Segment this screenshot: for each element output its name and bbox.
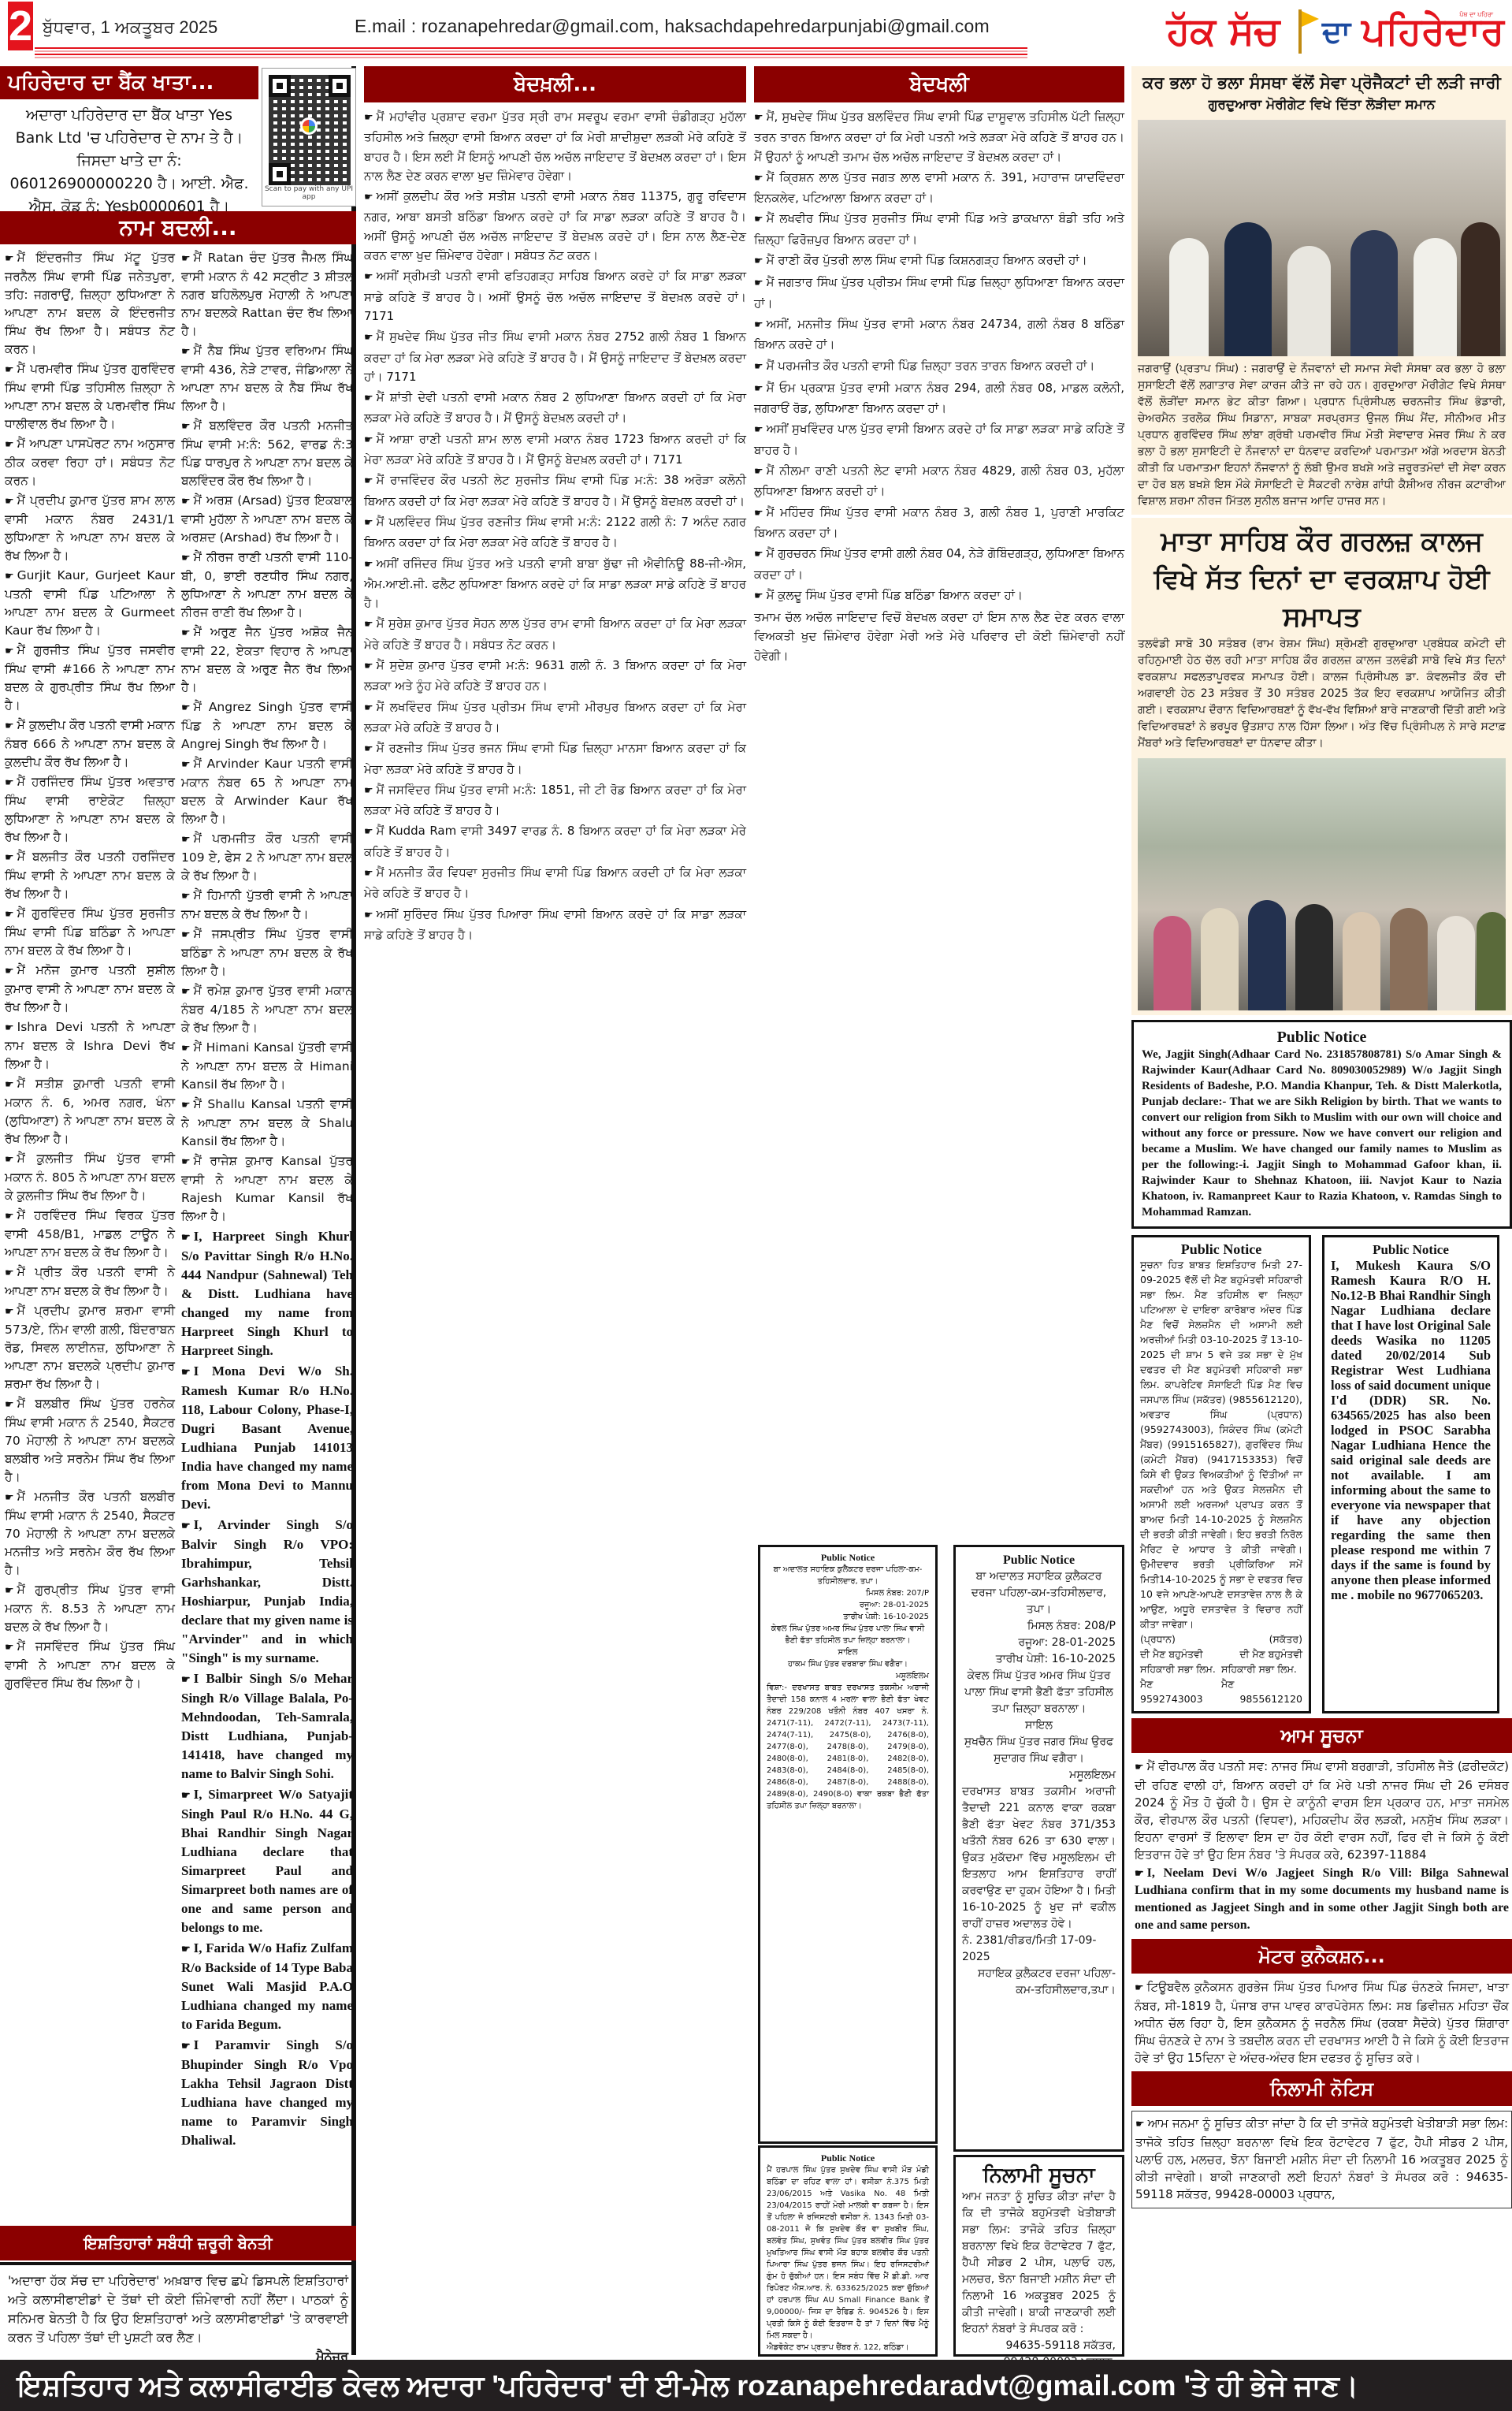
list-item: I, Arvinder Singh S/o Balvir Singh R/o V… [181,1516,353,1668]
public-notice-salesman: Public Notice ਸੂਚਨਾ ਹਿਤ ਬਾਬਤ ਇਸ਼ਤਿਹਾਰ ਮਿ… [1131,1235,1311,1713]
list-item: ਮੈਂ ਕੁਲਜੀਤ ਸਿੰਘ ਪੁੱਤਰ ਵਾਸੀ ਮਕਾਨ ਨੰ. 805 … [5,1150,175,1205]
news-story-kar-bhala: ਕਰ ਭਲਾ ਹੋ ਭਲਾ ਸੰਸਥਾ ਵੱਲੋਂ ਸੇਵਾ ਪ੍ਰੋਜੈਕਟਾ… [1131,66,1512,515]
notice-body: I, Mukesh Kaura S/O Ramesh Kaura R/O H. … [1331,1258,1491,1602]
page-number: 2 [8,2,33,50]
list-item: ਮੈਂ ਆਸ਼ਾ ਰਾਣੀ ਪਤਨੀ ਸ਼ਾਮ ਲਾਲ ਵਾਸੀ ਮਕਾਨ ਨੰ… [364,430,746,470]
respondent-label: ਮਸੂਲਇਲਮ [962,1767,1116,1784]
photo-person [1287,246,1331,356]
list-item: ਮੈਂ ਜਸਵਿੰਦਰ ਸਿੰਘ ਪੁੱਤਰ ਸਿੰਘ ਵਾਸੀ ਨੇ ਆਪਣਾ… [5,1638,175,1693]
photo-person [1437,916,1475,1010]
list-item: ਮੈਂ ਆਪਣਾ ਪਾਸਪੋਰਟ ਨਾਮ ਅਨੁਸਾਰ ਠੀਕ ਕਰਵਾ ਰਿਹ… [5,435,175,490]
list-item: ਮੈਂ Shallu Kansal ਪਤਨੀ ਵਾਸੀ ਨੇ ਆਪਣਾ ਨਾਮ … [181,1096,353,1151]
notice-title: Public Notice [767,1552,929,1564]
list-item: ਆਮ ਜਨਮਾ ਨੂੰ ਸੂਚਿਤ ਕੀਤਾ ਜਾਂਦਾ ਹੈ ਕਿ ਦੀ ਤਾ… [1135,2115,1508,2203]
masthead: 2 ਬੁੱਧਵਾਰ, 1 ਅਕਤੂਬਰ 2025 E.mail : rozana… [0,0,1512,61]
list-item: I, Simarpreet W/o Satyajit Singh Paul R/… [181,1785,353,1937]
list-item: ਮੈਂ ਰਾਣੀ ਕੌਰ ਪੁੱਤਰੀ ਲਾਲ ਸਿੰਘ ਵਾਸੀ ਪਿੰਡ ਕ… [754,251,1124,271]
qr-caption: Scan to pay with any UPI app [262,185,355,201]
list-item: ਮੈਂ ਕੁਲਦੀਪ ਕੌਰ ਪਤਨੀ ਵਾਸੀ ਮਕਾਨ ਨੰਬਰ 666 ਨ… [5,716,175,772]
notice-title: Public Notice [962,1552,1116,1568]
bank-account-heading: ਪਹਿਰੇਦਾਰ ਦਾ ਬੈਂਕ ਖਾਤਾ... [0,66,258,99]
newspaper-logo: ਹੱਕ ਸੱਚ ਦਾ ਪਹਿਰੇਦਾਰ ਪੰਥ ਦਾ ਪਹਿਰਾ [1079,3,1504,60]
list-item: I, Neelam Devi W/o Jagjeet Singh R/o Vil… [1135,1865,1509,1934]
list-item: ਅਸੀਂ ਸ੍ਰੀਮਤੀ ਪਤਨੀ ਵਾਸੀ ਫਤਿਹਗੜ੍ਹ ਸਾਹਿਬ ਬਿ… [364,266,746,326]
story-photo-group [1138,758,1506,1010]
photo-person [1461,222,1500,356]
list-item: ਮੈਂ Kudda Ram ਵਾਸੀ 3497 ਵਾਰਡ ਨੰ. 8 ਬਿਆਨ … [364,821,746,861]
list-item: ਮੈਂ Angrez Singh ਪੁੱਤਰ ਵਾਸੀ ਪਿੰਡ ਨੇ ਆਪਣਾ… [181,698,353,753]
list-item: ਮੈਂ ਜਸਪ੍ਰੀਤ ਸਿੰਘ ਪੁੱਤਰ ਵਾਸੀ ਬਠਿੰਡਾ ਨੇ ਆਪ… [181,925,353,980]
public-notice-conversion: Public Notice We, Jagjit Singh(Adhaar Ca… [1131,1020,1512,1229]
notice-body: ਦਰਖਾਸਤ ਬਾਬਤ ਤਕਸੀਮ ਅਰਾਜੀ ਤੈਦਾਦੀ 221 ਕਨਾਲ … [962,1784,1116,1933]
hearing-date: ਤਾਰੀਖ ਪੇਸ਼ੀ: 16-10-2025 [767,1611,929,1623]
list-item: ਮੈਂ ਗੁਰਜੀਤ ਸਿੰਘ ਪੁੱਤਰ ਜਸਵੀਰ ਸਿੰਘ ਵਾਸੀ #1… [5,642,175,715]
list-item: ਮੈਂ ਹਿਮਾਨੀ ਪੁੱਤਰੀ ਵਾਸੀ ਨੇ ਆਪਣਾ ਨਾਮ ਬਦਲ ਕ… [181,887,353,924]
list-item: ਮੈਂ ਮਨਜੀਤ ਕੌਰ ਵਿਧਵਾ ਸੁਰਜੀਤ ਸਿੰਘ ਵਾਸੀ ਪਿੰ… [364,863,746,903]
court-notice-207: Public Notice ਬਾ ਅਦਾਲਤ ਸਹਾਇਕ ਕੁਲੈਕਟਰ ਦਰਜ… [758,1545,938,2144]
column-disownment-2: ਬੇਦਖਲੀ ਮੈਂ, ਸੁਖਦੇਵ ਸਿੰਘ ਪੁੱਤਰ ਬਲਵਿੰਦਰ ਸਿ… [754,66,1124,665]
list-item: ਮੈਂ ਜਗਤਾਰ ਸਿੰਘ ਪੁੱਤਰ ਪ੍ਰੀਤਮ ਸਿੰਘ ਵਾਸੀ ਪਿ… [754,273,1124,313]
motor-connection-notice: ਟਿਊਬਵੈਲ ਕੁਨੈਕਸਨ ਗੁਰਭੇਜ ਸਿੰਘ ਪੁੱਤਰ ਪਿਆਰ ਸ… [1131,1978,1512,2067]
list-item: ਮੈਂ ਬਲਜੀਤ ਕੌਰ ਪਤਨੀ ਹਰਜਿੰਦਰ ਸਿੰਘ ਵਾਸੀ ਨੇ … [5,848,175,903]
bank-account-details: ਅਦਾਰਾ ਪਹਿਰੇਦਾਰ ਦਾ ਬੈਂਕ ਖਾਤਾ Yes Bank Ltd… [0,99,258,223]
story-subheadline: ਗੁਰਦੁਆਰਾ ਮੋਰੀਗੇਟ ਵਿਖੇ ਦਿੱਤਾ ਲੋੜੀਦਾ ਸਮਾਨ [1138,95,1506,115]
list-item: ਅਸੀਂ ਕੁਲਦੀਪ ਕੌਰ ਅਤੇ ਸਤੀਸ਼ ਪਤਨੀ ਵਾਸੀ ਮਕਾਨ… [364,187,746,265]
list-item: ਮੈਂ ਰਾਜੇਸ਼ ਕੁਮਾਰ Kansal ਪੁੱਤਰ ਵਾਸੀ ਨੇ ਆਪ… [181,1152,353,1226]
case-number: ਮਿਸਲ ਨੰਬਰ: 207/P [767,1587,929,1599]
list-item: ਮੈਂ ਸਤੀਸ਼ ਕੁਮਾਰੀ ਪਤਨੀ ਵਾਸੀ ਮਕਾਨ ਨੰ. 6, ਅ… [5,1075,175,1148]
column-bank-and-name-change: ਪਹਿਰੇਦਾਰ ਦਾ ਬੈਂਕ ਖਾਤਾ... ਅਦਾਰਾ ਪਹਿਰੇਦਾਰ … [0,66,356,2355]
sign-left-role: (ਪ੍ਰਧਾਨ) [1140,1632,1176,1646]
sign-org: ਦੀ ਮੈਣ ਬਹੁਮੰਤਵੀ [1239,1646,1302,1661]
notice-title: Public Notice [1140,1242,1302,1257]
court-name: ਬਾ ਅਦਾਲਤ ਸਹਾਇਕ ਕੁਲੈਕਟਰ ਦਰਜਾ ਪਹਿਲਾ-ਕਮ-ਤਹਿ… [962,1568,1116,1618]
sign-org: ਸਹਿਕਾਰੀ ਸਭਾ ਲਿਮ. ਮੈਣ [1140,1661,1221,1691]
story-body: ਜਗਰਾਉਂ (ਪ੍ਰਤਾਪ ਸਿੰਘ) : ਜਗਰਾਉਂ ਦੇ ਨੌਜਵਾਨਾ… [1138,361,1506,510]
list-item: ਮੈਂ ਸੁਦੇਸ਼ ਕੁਮਾਰ ਪੁੱਤਰ ਵਾਸੀ ਮ:ਨੰ: 9631 ਗ… [364,656,746,696]
notice-title: Public Notice [1142,1029,1502,1047]
list-item: ਮੈਂ ਗੁਰਪ੍ਰੀਤ ਸਿੰਘ ਪੁੱਤਰ ਵਾਸੀ ਮਕਾਨ ਨੰ. 8.… [5,1581,175,1636]
sign-left-phone: 9592743003 [1140,1691,1203,1706]
notice-pair: Public Notice ਸੂਚਨਾ ਹਿਤ ਬਾਬਤ ਇਸ਼ਤਿਹਾਰ ਮਿ… [1131,1235,1512,1713]
qr-finder-icon [329,75,351,97]
list-item: I Balbir Singh S/o Mehar Singh R/o Villa… [181,1669,353,1784]
list-item: ਅਸੀਂ ਸੁਖਵਿੰਦਰ ਪਾਲ ਪੁੱਤਰ ਵਾਸੀ ਬਿਆਨ ਕਰਦੇ ਹ… [754,419,1124,460]
sign-right-phone: 9855612120 [1239,1691,1302,1706]
photo-person [1154,916,1191,1010]
disownment-heading: ਬੇਦਖ਼ਲੀ... [364,66,746,102]
applicant-label: ਸਾਇਲ [767,1646,929,1658]
list-item: ਮੈਂ, ਸੁਖਦੇਵ ਸਿੰਘ ਪੁੱਤਰ ਬਲਵਿੰਦਰ ਸਿੰਘ ਵਾਸੀ… [754,107,1124,166]
issue-date: ਬੁੱਧਵਾਰ, 1 ਅਕਤੂਬਰ 2025 [43,17,217,38]
logo-word-da: ਦਾ [1322,14,1350,50]
list-item: ਮੈਂ ਕੁਲਦੂ ਸਿੰਘ ਪੁੱਤਰ ਵਾਸੀ ਪਿੰਡ ਬਠਿੰਡਾ ਬਿ… [754,586,1124,606]
list-item: ਮੈਂ ਜਸਵਿੰਦਰ ਸਿੰਘ ਪੁੱਤਰ ਵਾਸੀ ਮ:ਨੰ: 1851, … [364,780,746,820]
disownment-list: ਮੈਂ ਮਹਾਂਵੀਰ ਪ੍ਰਸ਼ਾਦ ਵਰਮਾ ਪੁੱਤਰ ਸ੍ਰੀ ਰਾਮ … [364,107,746,944]
list-item: ਅਸੀਂ, ਮਨਜੀਤ ਸਿੰਘ ਪੁੱਤਰ ਵਾਸੀ ਮਕਾਨ ਨੰਬਰ 24… [754,314,1124,355]
photo-person [1224,222,1272,356]
petitioner: ਕੇਵਲ ਸਿੰਘ ਪੁੱਤਰ ਅਮਰ ਸਿੰਘ ਪੁੱਤਰ ਪਾਲਾ ਸਿੰਘ… [767,1623,929,1646]
list-item: ਮੈਂ ਪਲਵਿੰਦਰ ਸਿੰਘ ਪੁੱਤਰ ਰਣਜੀਤ ਸਿੰਘ ਵਾਸੀ ਮ… [364,512,746,553]
list-item: ਮੈਂ ਪ੍ਰਦੀਪ ਕੁਮਾਰ ਪੁੱਤਰ ਸ਼ਾਮ ਲਾਲ ਵਾਸੀ ਮਕਾ… [5,492,175,565]
notice-body: We, Jagjit Singh(Adhaar Card No. 2318578… [1142,1047,1502,1220]
disownment-list-2: ਮੈਂ, ਸੁਖਦੇਵ ਸਿੰਘ ਪੁੱਤਰ ਬਲਵਿੰਦਰ ਸਿੰਘ ਵਾਸੀ… [754,107,1124,665]
list-item: ਮੈਂ ਮਨੋਜ ਕੁਮਾਰ ਪਤਨੀ ਸੁਸ਼ੀਲ ਕੁਮਾਰ ਵਾਸੀ ਨੇ… [5,962,175,1017]
filed-date: ਰਜੂਆ: 28-01-2025 [767,1599,929,1611]
list-item: ਮੈਂ ਹਰਵਿੰਦਰ ਸਿੰਘ ਵਿਰਕ ਪੁੱਤਰ ਵਾਸੀ 458/B1,… [5,1207,175,1262]
list-item: ਟਿਊਬਵੈਲ ਕੁਨੈਕਸਨ ਗੁਰਭੇਜ ਸਿੰਘ ਪੁੱਤਰ ਪਿਆਰ ਸ… [1135,1978,1509,2067]
list-item: ਮੈਂ ਸੁਖਦੇਵ ਸਿੰਘ ਪੁੱਤਰ ਜੀਤ ਸਿੰਘ ਵਾਸੀ ਮਕਾਨ… [364,327,746,386]
court-notice-208: Public Notice ਬਾ ਅਦਾਲਤ ਸਹਾਇਕ ਕੁਲੈਕਟਰ ਦਰਜ… [953,1545,1124,2152]
list-item: ਮੈਂ ਮਹਿੰਦਰ ਸਿੰਘ ਪੁੱਤਰ ਵਾਸੀ ਮਕਾਨ ਨੰਬਰ 3, … [754,503,1124,543]
motor-connection-heading: ਮੋਟਰ ਕੁਨੈਕਸ਼ਨ... [1131,1939,1512,1974]
photo-person [1343,912,1380,1010]
list-item: ਮੈਂ ਨੈਬ ਸਿੰਘ ਪੁੱਤਰ ਵਰਿਆਮ ਸਿੰਘ ਵਾਸੀ 436, … [181,342,353,415]
public-notice-harpal: Public Notice ਮੈਂ ਹਰਪਾਲ ਸਿੰਘ ਪੁੱਤਰ ਸੁਖਦੇ… [758,2145,938,2357]
list-item: ਮੈਂ ਰਣਜੀਤ ਸਿੰਘ ਪੁੱਤਰ ਭਜਨ ਸਿੰਘ ਵਾਸੀ ਪਿੰਡ … [364,739,746,779]
notice-subject: ਵਿਸ਼ਾ:- ਦਰਖਾਸਤ ਬਾਬਤ ਦਰਖਾਸਤ ਤਕਸੀਮ ਅਰਾਜੀ ਤ… [767,1682,929,1812]
column-disownment-1: ਬੇਦਖ਼ਲੀ... ਮੈਂ ਮਹਾਂਵੀਰ ਪ੍ਰਸ਼ਾਦ ਵਰਮਾ ਪੁੱਤ… [364,66,746,946]
upi-qr-code[interactable]: Scan to pay with any UPI app [262,68,356,206]
disownment-heading-2: ਬੇਦਖਲੀ [754,66,1124,102]
list-item: ਮੈਂ ਪਰਮਜੀਤ ਕੌਰ ਪਤਨੀ ਵਾਸੀ ਪਿੰਡ ਜ਼ਿਲ੍ਹਾ ਤਰ… [754,356,1124,377]
list-item: ਮੈਂ ਇੰਦਰਜੀਤ ਸਿੰਘ ਮੱਟੂ ਪੁੱਤਰ ਜਰਨੈਲ ਸਿੰਘ ਵ… [5,249,175,359]
disownment-closing: ਤਮਾਮ ਚੱਲ ਅਚੱਲ ਜਾਇਦਾਦ ਵਿਚੋਂ ਬੇਦਖਲ ਕਰਦਾ ਹਾ… [754,608,1124,665]
court-name: ਬਾ ਅਦਾਲਤ ਸਹਾਇਕ ਕੁਲੈਕਟਰ ਦਰਜਾ ਪਹਿਲਾ-ਕਮ-ਤਹਿ… [767,1564,929,1587]
auction-notice-body: ਆਮ ਜਨਮਾ ਨੂੰ ਸੂਚਿਤ ਕੀਤਾ ਜਾਂਦਾ ਹੈ ਕਿ ਦੀ ਤਾ… [1131,2111,1512,2208]
list-item: ਮੈਂ ਪਰਮਜੀਤ ਕੌਰ ਪਤਨੀ ਵਾਸੀ 109 ਏ, ਫੇਸ 2 ਨੇ… [181,830,353,885]
list-item: I, Farida W/o Hafiz Zulfam R/o Backside … [181,1939,353,2034]
list-item: ਮੈਂ Ratan ਚੰਦ ਪੁੱਤਰ ਜੈਮਲ ਸਿੰਘ ਵਾਸੀ ਮਕਾਨ … [181,249,353,340]
petitioner: ਕੇਵਲ ਸਿੰਘ ਪੁੱਤਰ ਅਮਰ ਸਿੰਘ ਪੁੱਤਰ ਪਾਲਾ ਸਿੰਘ… [962,1668,1116,1717]
sign-right-role: (ਸਕੱਤਰ) [1269,1632,1302,1646]
ad-request-body: 'ਅਦਾਰਾ ਹੱਕ ਸੱਚ ਦਾ ਪਹਿਰੇਦਾਰ' ਅਖ਼ਬਾਰ ਵਿਚ ਛ… [0,2262,356,2372]
list-item: ਮੈਂ ਮਨਜੀਤ ਕੌਰ ਪਤਨੀ ਬਲਬੀਰ ਸਿੰਘ ਵਾਸੀ ਮਕਾਨ … [5,1488,175,1579]
news-story-workshop: ਮਾਤਾ ਸਾਹਿਬ ਕੌਰ ਗਰਲਜ਼ ਕਾਲਜ ਵਿਖੇ ਸੱਤ ਦਿਨਾਂ… [1131,518,1512,1015]
list-item: ਅਸੀਂ ਰਜਿੰਦਰ ਸਿੰਘ ਪੁੱਤਰ ਅਤੇ ਪਤਨੀ ਵਾਸੀ ਬਾਬ… [364,554,746,613]
notice-signature: ਸਹਾਇਕ ਕੁਲੈਕਟਰ ਦਰਜਾ ਪਹਿਲਾ-ਕਮ-ਤਹਿਸੀਲਦਾਰ,ਤਪ… [962,1966,1116,1999]
name-change-list-left: ਮੈਂ ਇੰਦਰਜੀਤ ਸਿੰਘ ਮੱਟੂ ਪੁੱਤਰ ਜਰਨੈਲ ਸਿੰਘ ਵ… [5,249,175,1695]
list-item: ਮੈਂ ਵੀਰਪਾਲ ਕੌਰ ਪਤਨੀ ਸਵ: ਨਾਜਰ ਸਿੰਘ ਵਾਸੀ ਬ… [1135,1758,1509,1863]
list-item: ਮੈਂ ਸੁਰੇਸ਼ ਕੁਮਾਰ ਪੁੱਤਰ ਸੋਹਨ ਲਾਲ ਪੁੱਤਰ ਰਾ… [364,614,746,654]
photo-person [1390,908,1428,1010]
qr-finder-icon [269,163,291,185]
masthead-rules [35,47,1027,60]
name-change-list-right: ਮੈਂ Ratan ਚੰਦ ਪੁੱਤਰ ਜੈਮਲ ਸਿੰਘ ਵਾਸੀ ਮਕਾਨ … [181,249,353,2152]
list-item: I, Harpreet Singh Khurl S/o Pavittar Sin… [181,1227,353,1360]
auction-info-box: ਨਿਲਾਮੀ ਸੂਚਨਾ ਆਮ ਜਨਤਾ ਨੂੰ ਸੂਚਿਤ ਕੀਤਾ ਜਾਂਦ… [953,2155,1124,2357]
list-item: ਮੈਂ ਕ੍ਰਿਸ਼ਨ ਲਾਲ ਪੁੱਤਰ ਜਗਤ ਲਾਲ ਵਾਸੀ ਮਕਾਨ … [754,168,1124,208]
respondent-label: ਮਸੂਲਇਲਮ [767,1670,929,1682]
auction-box-body: ਆਮ ਜਨਤਾ ਨੂੰ ਸੂਚਿਤ ਕੀਤਾ ਜਾਂਦਾ ਹੈ ਕਿ ਦੀ ਤਾ… [962,2189,1116,2338]
public-notice-mukesh: Public Notice I, Mukesh Kaura S/O Ramesh… [1322,1235,1499,1713]
list-item: ਮੈਂ Arvinder Kaur ਪਤਨੀ ਵਾਸੀ ਮਕਾਨ ਨੰਬਰ 65… [181,755,353,828]
photo-person [1295,904,1333,1010]
auction-contact-secretary: 94635-59118 ਸਕੱਤਰ, [962,2338,1116,2354]
story-body: ਤਲਵੰਡੀ ਸਾਬੋ 30 ਸਤੰਬਰ (ਰਾਮ ਰੇਸ਼ਮ ਸਿੰਘ) ਸ਼… [1138,636,1506,752]
gpay-logo-icon [300,117,318,135]
list-item: I Paramvir Singh S/o Bhupinder Singh R/o… [181,2036,353,2150]
footer-ad-email-banner: ਇਸ਼ਤਿਹਾਰ ਅਤੇ ਕਲਾਸੀਫਾਈਡ ਕੇਵਲ ਅਦਾਰਾ 'ਪਹਿਰੇ… [0,2360,1512,2411]
list-item: ਮੈਂ ਪਰਮਵੀਰ ਸਿੰਘ ਪੁੱਤਰ ਗੁਰਵਿੰਦਰ ਸਿੰਘ ਵਾਸੀ… [5,360,175,433]
photo-person [1201,908,1239,1010]
list-item: ਮੈਂ ਓਮ ਪ੍ਰਕਾਸ਼ ਪੁੱਤਰ ਵਾਸੀ ਮਕਾਨ ਨੰਬਰ 294,… [754,378,1124,419]
auction-box-title: ਨਿਲਾਮੀ ਸੂਚਨਾ [962,2162,1116,2189]
english-name-change-list: I, Harpreet Singh Khurl S/o Pavittar Sin… [181,1227,353,2150]
list-item: ਮੈਂ ਅਰਸ਼ (Arsad) ਪੁੱਤਰ ਇਕਬਾਲ ਵਾਸੀ ਮੁਹੱਲਾ… [181,492,353,547]
logo-word-haksach: ਹੱਕ ਸੱਚ [1167,13,1280,50]
notice-body: ਮੈਂ ਹਰਪਾਲ ਸਿੰਘ ਪੁੱਤਰ ਸੁਖਦੇਵ ਸਿੰਘ ਵਾਸੀ ਮੌ… [767,2164,929,2342]
respondent: ਹਾਕਮ ਸਿੰਘ ਪੁੱਤਰ ਦਰਬਾਰਾ ਸਿੰਘ ਵਗੈਰਾ। [767,1658,929,1670]
qr-finder-icon [269,75,291,97]
sign-org: ਦੀ ਮੈਣ ਬਹੁਮੰਤਵੀ [1140,1646,1203,1661]
applicant-label: ਸਾਇਲ [962,1717,1116,1734]
auction-notice-heading: ਨਿਲਾਮੀ ਨੋਟਿਸ [1131,2071,1512,2106]
respondent: ਸੁਖਚੈਨ ਸਿੰਘ ਪੁੱਤਰ ਜਗਰ ਸਿੰਘ ਉਰਫ ਸੁਦਾਗਰ ਸਿ… [962,1734,1116,1767]
story-photo-donation [1138,120,1506,356]
list-item: ਮੈਂ ਲਖਵਿੰਦਰ ਸਿੰਘ ਪੁੱਤਰ ਪ੍ਰੀਤਮ ਸਿੰਘ ਵਾਸੀ … [364,698,746,738]
photo-person [1169,238,1209,356]
list-item: ਮੈਂ Himani Kansal ਪੁੱਤਰੀ ਵਾਸੀ ਨੇ ਆਪਣਾ ਨਾ… [181,1039,353,1094]
ad-request-heading: ਇਸ਼ਤਿਹਾਰਾਂ ਸਬੰਧੀ ਜ਼ਰੂਰੀ ਬੇਨਤੀ [0,2226,356,2260]
list-item: ਮੈਂ ਪ੍ਰੀਤ ਕੌਰ ਪਤਨੀ ਵਾਸੀ ਨੇ ਆਪਣਾ ਨਾਮ ਬਦਲ … [5,1263,175,1300]
list-item: ਮੈਂ ਨੀਰਜ ਰਾਣੀ ਪਤਨੀ ਵਾਸੀ 110-ਬੀ, 0, ਭਾਈ ਰ… [181,549,353,622]
list-item: ਅਸੀਂ ਸੁਰਿੰਦਰ ਸਿੰਘ ਪੁੱਤਰ ਪਿਆਰਾ ਸਿੰਘ ਵਾਸੀ … [364,905,746,945]
list-item: ਮੈਂ ਗੁਰਚਰਨ ਸਿੰਘ ਪੁੱਤਰ ਵਾਸੀ ਗਲੀ ਨੰਬਰ 04, … [754,544,1124,584]
name-change-heading: ਨਾਮ ਬਦਲੀ... [0,211,356,244]
list-item: ਮੈਂ ਮਹਾਂਵੀਰ ਪ੍ਰਸ਼ਾਦ ਵਰਮਾ ਪੁੱਤਰ ਸ੍ਰੀ ਰਾਮ … [364,107,746,185]
notice-body: ਸੂਚਨਾ ਹਿਤ ਬਾਬਤ ਇਸ਼ਤਿਹਾਰ ਮਿਤੀ 27-09-2025 … [1140,1257,1302,1632]
list-item: ਮੈਂ ਬਲਬੀਰ ਸਿੰਘ ਪੁੱਤਰ ਹਰਨੇਕ ਸਿੰਘ ਵਾਸੀ ਮਕਾ… [5,1395,175,1486]
photo-person [1248,900,1286,1010]
signature-row: 9592743003 9855612120 [1140,1691,1302,1706]
photo-person [1350,230,1398,356]
list-item: ਮੈਂ ਹਰਜਿੰਦਰ ਸਿੰਘ ਪੁੱਤਰ ਅਵਤਾਰ ਸਿੰਘ ਵਾਸੀ ਰ… [5,773,175,846]
list-item: ਮੈਂ ਬਲਵਿੰਦਰ ਕੌਰ ਪਤਨੀ ਮਨਜੀਤ ਸਿੰਘ ਵਾਸੀ ਮ:ਨ… [181,417,353,490]
list-item: ਮੈਂ ਅਰੁਣ ਜੈਨ ਪੁੱਤਰ ਅਸ਼ੋਕ ਜੈਨ ਵਾਸੀ 22, ਏਕ… [181,623,353,697]
signature-row: (ਪ੍ਰਧਾਨ) (ਸਕੱਤਰ) [1140,1632,1302,1646]
notice-number: ਨੰ. 2381/ਰੀਡਰ/ਮਿਤੀ 17-09-2025 [962,1933,1116,1966]
story-headline: ਕਰ ਭਲਾ ਹੋ ਭਲਾ ਸੰਸਥਾ ਵੱਲੋਂ ਸੇਵਾ ਪ੍ਰੋਜੈਕਟਾ… [1138,71,1506,95]
contact-emails: E.mail : rozanapehredar@gmail.com, haksa… [355,16,990,37]
list-item: ਮੈਂ ਨੀਲਮਾ ਰਾਣੀ ਪਤਨੀ ਲੇਟ ਵਾਸੀ ਮਕਾਨ ਨੰਬਰ 4… [754,461,1124,501]
list-item: I Mona Devi W/o Sh. Ramesh Kumar R/o H.N… [181,1362,353,1514]
list-item: ਮੈਂ ਗੁਰਵਿੰਦਰ ਸਿੰਘ ਪੁੱਤਰ ਸੁਰਜੀਤ ਸਿੰਘ ਵਾਸੀ… [5,905,175,960]
ad-request-text: 'ਅਦਾਰਾ ਹੱਕ ਸੱਚ ਦਾ ਪਹਿਰੇਦਾਰ' ਅਖ਼ਬਾਰ ਵਿਚ ਛ… [8,2271,348,2347]
photo-person [1477,912,1506,1010]
list-item: ਮੈਂ ਪ੍ਰਦੀਪ ਕੁਮਾਰ ਸ਼ਰਮਾ ਵਾਸੀ 573/ਏ, ਨਿੰਮ … [5,1302,175,1393]
column-news-and-notices: ਕਰ ਭਲਾ ਹੋ ਭਲਾ ਸੰਸਥਾ ਵੱਲੋਂ ਸੇਵਾ ਪ੍ਰੋਜੈਕਟਾ… [1131,66,1512,2208]
notice-title: Public Notice [767,2152,929,2164]
signature-row: ਦੀ ਮੈਣ ਬਹੁਮੰਤਵੀ ਦੀ ਮੈਣ ਬਹੁਮੰਤਵੀ [1140,1646,1302,1661]
filed-date: ਰਜੂਆ: 28-01-2025 [962,1635,1116,1651]
list-item: ਮੈਂ ਲਖਵੀਰ ਸਿੰਘ ਪੁੱਤਰ ਸੁਰਜੀਤ ਸਿੰਘ ਵਾਸੀ ਪਿ… [754,209,1124,249]
signature-row: ਸਹਿਕਾਰੀ ਸਭਾ ਲਿਮ. ਮੈਣ ਸਹਿਕਾਰੀ ਸਭਾ ਲਿਮ. ਮੈ… [1140,1661,1302,1691]
photo-person [1414,238,1457,356]
general-notice-list: ਮੈਂ ਵੀਰਪਾਲ ਕੌਰ ਪਤਨੀ ਸਵ: ਨਾਜਰ ਸਿੰਘ ਵਾਸੀ ਬ… [1131,1758,1512,1934]
list-item: ਮੈਂ ਸ਼ਾਂਤੀ ਦੇਵੀ ਪਤਨੀ ਵਾਸੀ ਮਕਾਨ ਨੰਬਰ 2 ਲੁ… [364,388,746,428]
case-number: ਮਿਸਲ ਨੰਬਰ: 208/P [962,1618,1116,1635]
sign-org: ਸਹਿਕਾਰੀ ਸਭਾ ਲਿਮ. ਮੈਣ [1221,1661,1302,1691]
general-notice-heading: ਆਮ ਸੂਚਨਾ [1131,1718,1512,1753]
advocate-line: ਐਡਵੋਕੇਟ ਰਾਮ ਪ੍ਰਤਾਪ ਚੈਂਬਰ ਨੰ. 122, ਬਠਿੰਡਾ… [767,2342,929,2353]
list-item: ਮੈਂ ਰਮੇਸ਼ ਕੁਮਾਰ ਪੁੱਤਰ ਵਾਸੀ ਮਕਾਨ ਨੰਬਰ 4/1… [181,982,353,1037]
logo-tagline: ਪੰਥ ਦਾ ਪਹਿਰਾ [1459,11,1493,19]
list-item: Ishra Devi ਪਤਨੀ ਨੇ ਆਪਣਾ ਨਾਮ ਬਦਲ ਕੇ Ishra… [5,1018,175,1073]
hearing-date: ਤਾਰੀਖ ਪੇਸ਼ੀ: 16-10-2025 [962,1651,1116,1668]
list-item: ਮੈਂ ਰਾਜਵਿੰਦਰ ਕੌਰ ਪਤਨੀ ਲੇਟ ਸੁਰਜੀਤ ਸਿੰਘ ਵਾ… [364,471,746,511]
story-headline: ਮਾਤਾ ਸਾਹਿਬ ਕੌਰ ਗਰਲਜ਼ ਕਾਲਜ ਵਿਖੇ ਸੱਤ ਦਿਨਾਂ… [1138,523,1506,636]
notice-title: Public Notice [1331,1242,1491,1258]
list-item: Gurjit Kaur, Gurjeet Kaur ਪਤਨੀ ਵਾਸੀ ਪਿੰਡ… [5,567,175,640]
nishan-sahib-flag-icon [1291,9,1311,54]
